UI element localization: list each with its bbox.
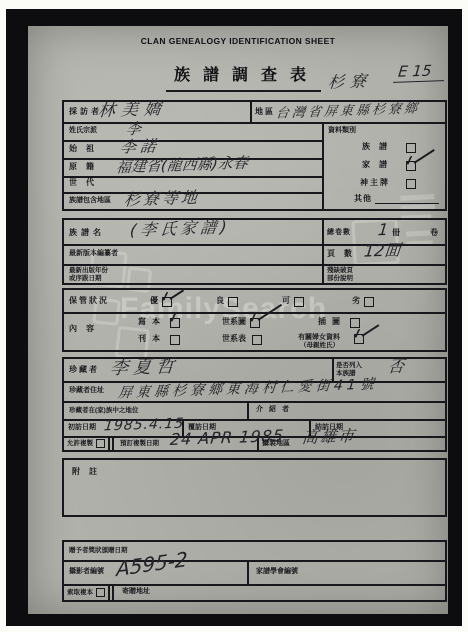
value-origin: 福建省(龍西縣)永春 <box>115 156 248 176</box>
label-first-ancestor: 始祖 <box>69 145 103 154</box>
other-fill-line <box>375 203 439 204</box>
label-condition-poor: 劣 <box>352 297 360 306</box>
checkbox-printed-edition <box>170 335 180 345</box>
genealogy-form-paper: FamilySearch CLAN GENEALOGY IDENTIFICATI… <box>28 26 448 614</box>
check-stroke <box>170 289 184 299</box>
label-option-clan-genealogy: 族譜 <box>362 143 396 152</box>
label-damage-line1: 殘缺破頁 <box>327 267 353 274</box>
label-unit-ce: 冊 <box>392 229 400 238</box>
value-copy-area: 高雄市 <box>301 428 357 446</box>
label-illustrations: 插圖 <box>318 318 346 327</box>
label-damage-line2: 部份說明 <box>327 275 353 282</box>
label-surname-lineage: 姓氏宗派 <box>69 127 97 135</box>
value-region: 台灣省屏東縣杉寮鄉 <box>275 102 420 120</box>
label-coverage-area: 族譜包含地區 <box>69 197 111 205</box>
scanned-page: FamilySearch CLAN GENEALOGY IDENTIFICATI… <box>0 0 468 632</box>
label-introducer: 介紹者 <box>256 406 295 414</box>
label-owner-address: 珍藏者住址 <box>69 387 104 395</box>
label-option-ancestral-tablet: 神主牌 <box>360 179 390 188</box>
label-condition-good: 良 <box>216 297 224 306</box>
value-coverage-area: 杉寮等地 <box>123 190 201 209</box>
section-identification: 採訪者 林美嬌 地區 台灣省屏東縣杉寮鄉 姓氏宗派 李 始祖 李諾 原籍 福建省… <box>62 100 447 211</box>
label-photographer-number: 攝影者編號 <box>69 568 104 576</box>
label-condition-fair: 可 <box>282 297 290 306</box>
label-total-volumes: 總卷數 <box>327 229 351 237</box>
check-stroke <box>362 324 380 336</box>
label-womens-records: 有關婦女資料 <box>298 334 340 342</box>
value-surname-lineage: 李 <box>125 122 142 138</box>
label-publication-year-line1: 最新出版年份 <box>69 267 108 274</box>
photo-black-border: FamilySearch CLAN GENEALOGY IDENTIFICATI… <box>6 9 462 626</box>
checkbox-condition-poor <box>364 297 374 307</box>
label-manuscript: 寫本 <box>138 318 166 327</box>
check-stroke <box>414 149 435 163</box>
section-condition-contents: 保管狀況 優 ✓ 良 可 劣 內容 寫本 ✓ 世系圖 <box>62 288 447 352</box>
label-notes: 附註 <box>72 468 106 477</box>
label-listed-line1: 是否列入 <box>336 362 362 369</box>
label-first-visit-date: 初訪日期 <box>68 424 96 432</box>
section-owner-visits: 珍藏者 李夏哲 是否列入 本族譜 否 珍藏者住址 屏東縣杉寮鄉東海村仁愛街41號… <box>62 357 447 452</box>
label-generations: 世代 <box>69 179 103 188</box>
section-genealogy-info: 族譜名 (李氏家譜) 總卷數 1 冊 卷 最新版本編纂者 頁數 12面 最新出版… <box>62 218 447 285</box>
label-publication-year-line2: 或序跋日期 <box>69 275 102 282</box>
section-admin: 贈予者獎狀頒贈日期 攝影者編號 A595-2 家譜學會編號 索取複本 寄贈地址 <box>62 540 447 602</box>
label-data-category: 資料類別 <box>328 127 356 135</box>
value-listed: 否 <box>387 359 405 376</box>
value-pages: 12面 <box>363 242 401 259</box>
label-owner: 珍藏者 <box>69 366 99 375</box>
value-genealogy-title: (李氏家譜) <box>129 219 231 239</box>
checkbox-pedigree-table <box>252 335 262 345</box>
label-option-family-genealogy: 家譜 <box>362 161 396 170</box>
label-scheduled-copy-date: 預訂複製日期 <box>120 440 159 447</box>
checkbox-copy-request <box>96 588 105 597</box>
label-pedigree-table: 世系表 <box>222 335 246 344</box>
label-owner-position: 珍藏者在(家)族中之地位 <box>69 407 138 414</box>
label-origin: 原籍 <box>69 163 103 172</box>
label-contents: 內容 <box>69 325 103 334</box>
checkbox-copy-permission <box>96 439 105 448</box>
label-mailing-address: 寄贈地址 <box>122 588 150 596</box>
label-society-number: 家譜學會編號 <box>256 568 298 576</box>
value-interviewer: 林美嬌 <box>97 101 168 120</box>
label-copy-permission: 允許複製 <box>67 440 93 447</box>
label-listed-line2: 本族譜 <box>336 370 356 377</box>
annotation-village: 杉寮 <box>327 73 373 91</box>
label-condition: 保管狀況 <box>69 297 109 306</box>
label-donor-award-date: 贈予者獎狀頒贈日期 <box>69 547 128 554</box>
checkbox-condition-fair <box>294 297 304 307</box>
label-region: 地區 <box>255 108 275 117</box>
value-total-volumes: 1 <box>377 222 389 238</box>
label-copy-request: 索取複本 <box>67 589 93 596</box>
label-genealogy-title: 族譜名 <box>69 229 105 238</box>
label-unit-juan: 卷 <box>430 229 438 238</box>
form-title: 族譜調查表 <box>166 62 321 92</box>
label-pages: 頁數 <box>327 250 361 259</box>
label-compiler: 最新版本編纂者 <box>69 250 118 258</box>
label-option-other: 其他 <box>354 195 372 204</box>
label-copy-area: 攝製地區 <box>262 440 290 448</box>
checkbox-ancestral-tablet <box>406 179 416 189</box>
label-pedigree-chart: 世系圖 <box>222 318 246 327</box>
label-printed-edition: 刊本 <box>138 335 166 344</box>
english-title: CLAN GENEALOGY IDENTIFICATION SHEET <box>28 36 448 46</box>
section-notes: 附註 <box>62 458 447 517</box>
value-first-ancestor: 李諾 <box>119 138 161 155</box>
label-womens-records-note: （母親姓氏） <box>300 342 339 349</box>
label-condition-excellent: 優 <box>150 297 158 306</box>
annotation-number: E 15 <box>393 63 446 83</box>
value-owner: 李夏哲 <box>109 358 180 378</box>
checkbox-condition-good <box>228 297 238 307</box>
